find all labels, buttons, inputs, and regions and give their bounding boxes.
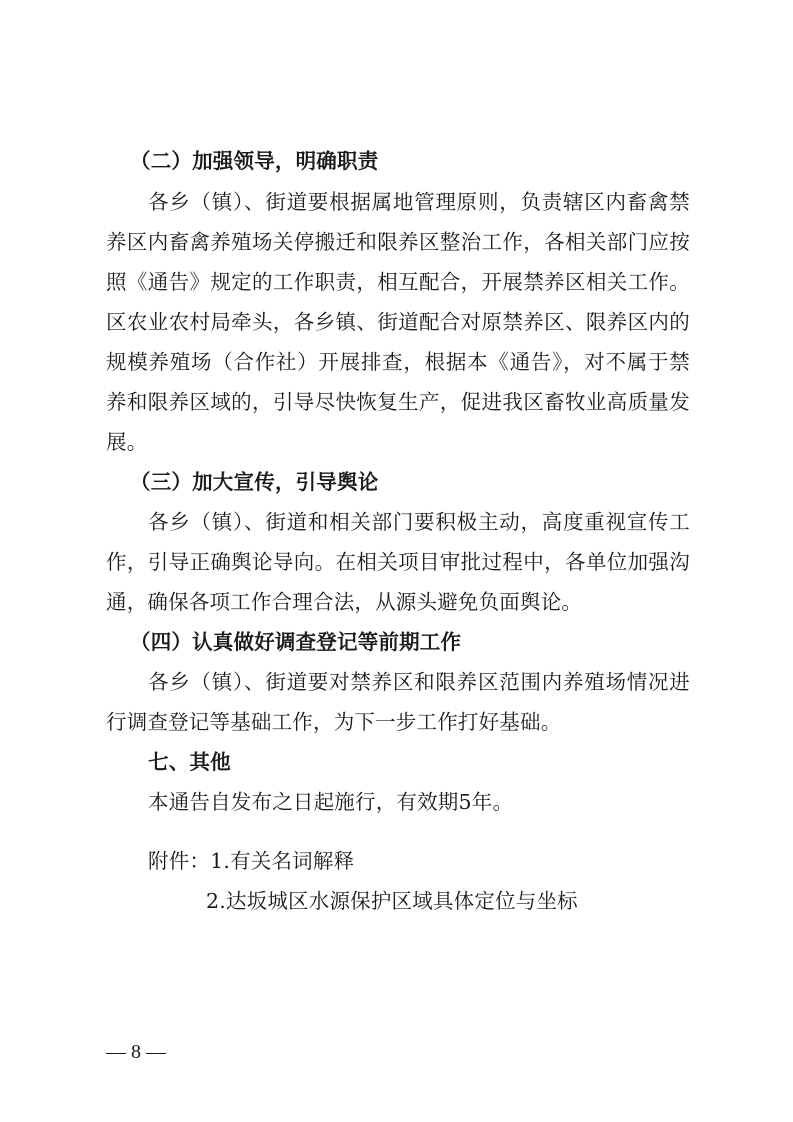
paragraph-line: 规模养殖场（合作社）开展排查，根据本《通告》，对不属于禁 — [106, 350, 690, 374]
paragraph-line: 养区内畜禽养殖场关停搬迁和限养区整治工作，各相关部门应按 — [106, 230, 690, 254]
paragraph-line: 各乡（镇）、街道和相关部门要积极主动，高度重视宣传工 — [148, 510, 690, 534]
attachment-item: 2.达坂城区水源保护区域具体定位与坐标 — [206, 889, 790, 913]
attachments-label: 附件： — [148, 849, 210, 873]
paragraph-line: 行调查登记等基础工作，为下一步工作打好基础。 — [106, 710, 690, 734]
paragraph-line: 作，引导正确舆论导向。在相关项目审批过程中，各单位加强沟 — [106, 550, 690, 574]
section-heading-7: 七、其他 — [148, 750, 732, 774]
paragraph-line: 养和限养区域的，引导尽快恢复生产，促进我区畜牧业高质量发 — [106, 390, 690, 414]
section-heading-3: （三）加大宣传，引导舆论 — [130, 470, 714, 494]
attachments-label-line: 附件：1.有关名词解释 — [148, 849, 732, 873]
paragraph-line: 区农业农村局牵头，各乡镇、街道配合对原禁养区、限养区内的 — [106, 310, 690, 334]
paragraph-line: 通，确保各项工作合理合法，从源头避免负面舆论。 — [106, 590, 690, 614]
paragraph-line: 展。 — [106, 430, 690, 454]
page-number: — 8 — — [106, 1040, 166, 1064]
paragraph-line: 各乡（镇）、街道要根据属地管理原则，负责辖区内畜禽禁 — [148, 190, 690, 214]
paragraph-line: 照《通告》规定的工作职责，相互配合，开展禁养区相关工作。 — [106, 270, 690, 294]
section-heading-2: （二）加强领导，明确职责 — [130, 149, 714, 173]
section-heading-4: （四）认真做好调查登记等前期工作 — [130, 630, 714, 654]
paragraph-line: 本通告自发布之日起施行，有效期5年。 — [148, 790, 690, 814]
paragraph-line: 各乡（镇）、街道要对禁养区和限养区范围内养殖场情况进 — [148, 670, 690, 694]
attachment-item: 1.有关名词解释 — [210, 849, 354, 873]
document-page: （二）加强领导，明确职责 各乡（镇）、街道要根据属地管理原则，负责辖区内畜禽禁 … — [0, 0, 793, 1122]
